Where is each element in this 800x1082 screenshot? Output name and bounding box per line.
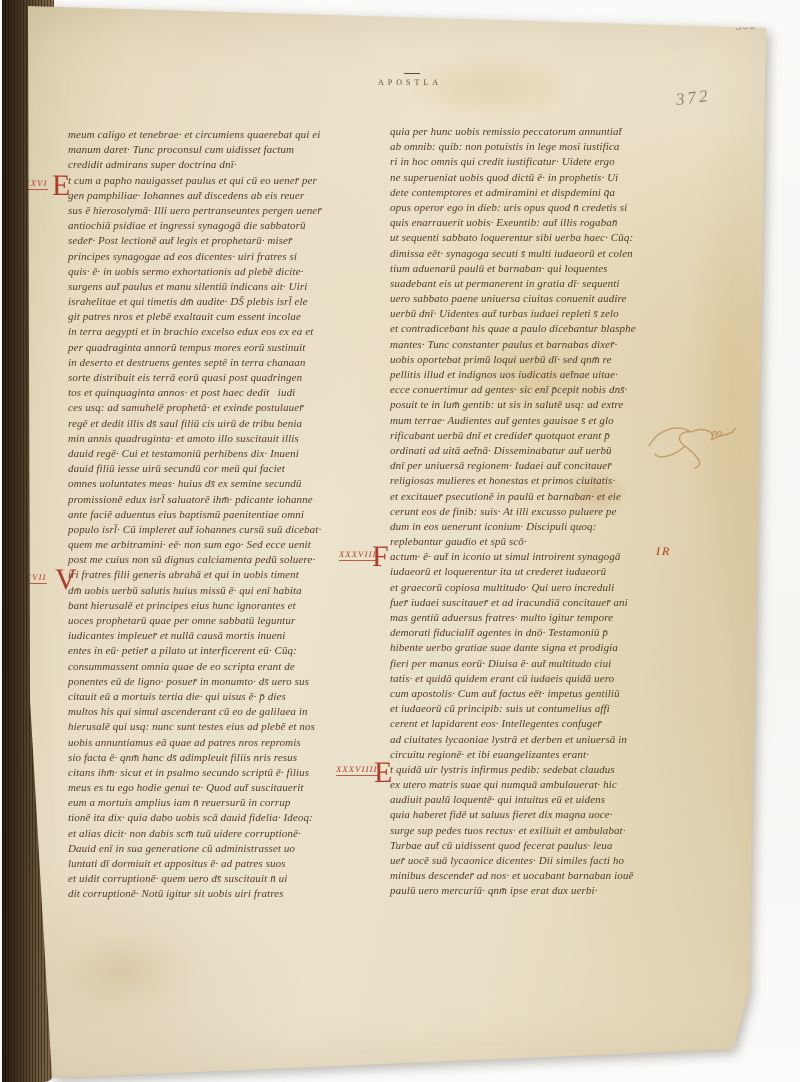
text-line: posuit te in lum̄ gentib: ut sis in salu… xyxy=(390,398,746,413)
text-line: fieri per manus eorū· Diuisa ē· aut̄ mul… xyxy=(390,657,746,672)
text-line: circuitu regionē· et ibi euangelizantes … xyxy=(390,748,746,763)
text-line: in terra aegypti et in brachio excelso e… xyxy=(68,325,386,340)
text-line: eum a mortuis amplius iam n̄ reuersurū i… xyxy=(68,796,386,811)
text-line: uobis oportebat primū loqui uerbū dī· se… xyxy=(390,353,746,368)
text-line: meus es tu ego hodie genui te· Quod aut̄… xyxy=(68,781,386,796)
rubric-initial-e2: E xyxy=(374,759,392,787)
text-line: quia per hunc uobis remissio peccatorum … xyxy=(390,125,746,140)
text-line: credidit admirans super doctrina dnī· xyxy=(68,158,386,173)
text-line: mas gentiū aduersus fratres· multo igitu… xyxy=(390,611,746,626)
text-line: populo isrl̄· Cū impleret aut̄ iohannes … xyxy=(68,523,386,538)
text-line: bant hierusalē et principes eius hunc ig… xyxy=(68,599,386,614)
text-line: pellitis illud et indignos uos iudicatis… xyxy=(390,368,746,383)
text-line: ante faciē aduentus eius baptismū paenit… xyxy=(68,508,386,523)
text-line: ad ciuitates lycaoniae lystrā et derben … xyxy=(390,733,746,748)
text-line: git patres nros et plebē exaltauit cum e… xyxy=(68,310,386,325)
text-line: ut sequenti sabbato loquerentur sibi uer… xyxy=(390,231,746,246)
text-line: israhelitae et qui timetis dm̄ audite· D… xyxy=(68,295,386,310)
text-line: meum caligo et tenebrae· et circumiens q… xyxy=(68,128,386,143)
text-line: promissionē edux isrl̄ saluatorē ihm̄· p… xyxy=(68,493,386,508)
text-line: et graecorū copiosa multitudo· Qui uero … xyxy=(390,581,746,596)
rubric-initial-e: E xyxy=(52,172,70,200)
text-line: et alias dicit· non dabis scm̄ tuū uider… xyxy=(68,827,386,842)
text-line: et iudaeorū cū principib: suis ut contum… xyxy=(390,702,746,717)
text-line: antiochiā psidiae et ingressi synagogā d… xyxy=(68,219,386,234)
text-line: uerbū dnī· Uidentes aut̄ turbas iudaei r… xyxy=(390,307,746,322)
manuscript-photo: APOSTLA 352 372 meum caligo et tenebrae·… xyxy=(0,0,800,1082)
text-line: entes in eū· petier̄ a pilato ut interfi… xyxy=(68,644,386,659)
text-line: actum· ē· aut̄ in iconio ut simul introi… xyxy=(390,550,746,565)
text-line: regē et dedit illis ds̄ saul filiū cis u… xyxy=(68,417,386,432)
text-line: manum daret· Tunc proconsul cum uidisset… xyxy=(68,143,386,158)
text-line: suadebant eis ut permanerent in gratia d… xyxy=(390,277,746,292)
text-line: dm̄ uobis uerbū salutis huius missū ē· q… xyxy=(68,584,386,599)
text-line: dimissa eēt· synagoga secuti s̄ multi iu… xyxy=(390,247,746,262)
text-line: et contradicebant his quae a paulo diceb… xyxy=(390,322,746,337)
text-line: religiosas mulieres et honestas et primo… xyxy=(390,474,746,489)
text-line: luntati dī dormiuit et appositus ē· ad p… xyxy=(68,857,386,872)
text-line: iudicantes impleuer̄ et nullā causā mort… xyxy=(68,629,386,644)
text-line: demorati fiducialit̄ agentes in dnō· Tes… xyxy=(390,626,746,641)
text-line: cerent et lapidarent eos· Intellegentes … xyxy=(390,717,746,732)
text-line: minibus descender̄ ad nos· et uocabant b… xyxy=(390,869,746,884)
text-line: hibente uerbo gratiae suae dante signa e… xyxy=(390,641,746,656)
text-line: tos et quinquaginta annos· et post haec … xyxy=(68,386,386,401)
page-shadow: APOSTLA 352 372 meum caligo et tenebrae·… xyxy=(0,0,800,1082)
text-line: consummassent omnia quae de eo scripta e… xyxy=(68,660,386,675)
text-line: surge sup pedes tuos rectus· et exiliuit… xyxy=(390,824,746,839)
rubric-initial-f: F xyxy=(372,543,389,571)
chapter-numeral-xxxvi: XXXVI xyxy=(18,178,48,190)
text-line: iudaeorū et loquerentur ita ut crederet … xyxy=(390,565,746,580)
text-line: uer̄ uocē suā lycaonice dicentes· Dii si… xyxy=(390,854,746,869)
text-line: Turbae aut̄ cū uidissent quod fecerat pa… xyxy=(390,839,746,854)
text-line: et uidit corruptionē· quem uero ds̄ susc… xyxy=(68,872,386,887)
folio-number-pencil: 372 xyxy=(675,86,712,110)
text-line: dauid regē· Cui et testamoniū perhibens … xyxy=(68,447,386,462)
text-line: t quidā uir lystris infirmus pedib: sede… xyxy=(390,763,746,778)
text-line: surgens aut̄ paulus et manu silentiū ind… xyxy=(68,280,386,295)
text-line: Dauid enī in sua generatione cū administ… xyxy=(68,842,386,857)
margin-flourish-icon xyxy=(645,416,745,474)
text-line: ne superueniat uobis quod dictū ē· in pr… xyxy=(390,171,746,186)
text-line: t cum a papho nauigasset paulus et qui c… xyxy=(68,174,386,189)
text-line: cum apostolis· Cum aut̄ factus eēt· impe… xyxy=(390,687,746,702)
left-text-column: meum caligo et tenebrae· et circumiens q… xyxy=(68,128,386,903)
text-line: tatis· et quidā quidem erant cū iudaeis … xyxy=(390,672,746,687)
text-line: audiuit paulū loquentē· qui intuitus eū … xyxy=(390,793,746,808)
text-line: omnes uoluntates meas· huius ds̄ ex semi… xyxy=(68,477,386,492)
text-line: citauit eū a mortuis tertia die· qui uis… xyxy=(68,690,386,705)
text-line: ri in hoc omnis qui credit iustificatur·… xyxy=(390,155,746,170)
text-line: hierusalē qui usq: nunc sunt testes eius… xyxy=(68,720,386,735)
margin-gloss-no: no xyxy=(712,428,722,439)
text-line: uobis annuntiamus eā quae ad patres nros… xyxy=(68,736,386,751)
text-line: multos his qui simul ascenderant cū eo d… xyxy=(68,705,386,720)
text-line: ab omnib: quib: non potuistis in lege mo… xyxy=(390,140,746,155)
text-line: replebantur gaudio et spū scō· xyxy=(390,535,746,550)
margin-tick: 7 xyxy=(30,852,35,862)
text-line: quis· ē· in uobis sermo exhortationis ad… xyxy=(68,265,386,280)
text-line: quis enarrauerit uobis· Exeuntib: aut̄ i… xyxy=(390,216,746,231)
text-line: tium aduenarū paulū et barnaban· qui loq… xyxy=(390,262,746,277)
text-line: quia haberet fidē ut saluus fieret dix m… xyxy=(390,808,746,823)
text-line: cerunt eos de finib: suis· At illi excus… xyxy=(390,505,746,520)
text-line: sorte distribuit eis terrā eorū quasi po… xyxy=(68,371,386,386)
parchment-stain xyxy=(60,930,190,1010)
text-line: ecce conuertimur ad gentes· sic enī p̄ce… xyxy=(390,383,746,398)
margin-gloss-ir: IR xyxy=(656,544,671,559)
text-line: min annis quadraginta· et amoto illo sus… xyxy=(68,432,386,447)
right-text-column: quia per hunc uobis remissio peccatorum … xyxy=(390,125,746,900)
text-line: ces usq: ad samuhelē prophetā· et exinde… xyxy=(68,401,386,416)
text-line: opus operor ego in dieb: uris opus quod … xyxy=(390,201,746,216)
chapter-numeral-xxxviiii: XXXVIIII xyxy=(336,764,378,776)
text-line: dit corruptionē· Notū igitur sit uobis u… xyxy=(68,887,386,902)
text-line: ex utero matris suae qui numquā ambulaue… xyxy=(390,778,746,793)
text-line: dete contemptores et admiramini et dispd… xyxy=(390,186,746,201)
text-line: dum in eos uenerunt iconium· Discipuli q… xyxy=(390,520,746,535)
text-line: in deserto et destruens gentes septē in … xyxy=(68,356,386,371)
folio-number-corner: 352 xyxy=(735,17,757,34)
text-line: sus ē hierosolymā· Illi uero pertranseun… xyxy=(68,204,386,219)
parchment-page: APOSTLA 352 372 meum caligo et tenebrae·… xyxy=(0,0,800,1082)
text-line: fuer̄ iudaei suscitauer̄ et ad iracundiā… xyxy=(390,596,746,611)
chapter-numeral-xxxvii: XXXVII xyxy=(13,572,47,584)
text-line: per quadraginta annorū tempus mores eorū… xyxy=(68,341,386,356)
running-title: APOSTLA xyxy=(330,76,490,88)
corner-note: n 3 xyxy=(741,1041,752,1051)
text-line: uoces prophetarū quae per omne sabbatū l… xyxy=(68,614,386,629)
text-line: gen pamphiliae· Iohannes aut̄ discedens … xyxy=(68,189,386,204)
text-line: paulū uero mercuriū· qnm̄ ipse erat dux … xyxy=(390,884,746,899)
text-line: iri fratres filii generis abrahā et qui … xyxy=(68,568,386,583)
text-line: mantes· Tunc constanter paulus et barnab… xyxy=(390,338,746,353)
text-line: principes synagogae ad eos dicentes· uir… xyxy=(68,250,386,265)
rubric-initial-v: V xyxy=(55,566,77,594)
text-line: ponentes eū de ligno· posuer̄ in monumto… xyxy=(68,675,386,690)
text-line: tionē ita dix· quia dabo uobis scā dauid… xyxy=(68,811,386,826)
text-line: et excitauer̄ psecutionē in paulū et bar… xyxy=(390,490,746,505)
text-line: dauid filiū iesse uirū secundū cor meū q… xyxy=(68,462,386,477)
text-line: seder̄· Post lectionē aut̄ legis et prop… xyxy=(68,234,386,249)
text-line: uero sabbato paene uniuersa ciuitas conu… xyxy=(390,292,746,307)
